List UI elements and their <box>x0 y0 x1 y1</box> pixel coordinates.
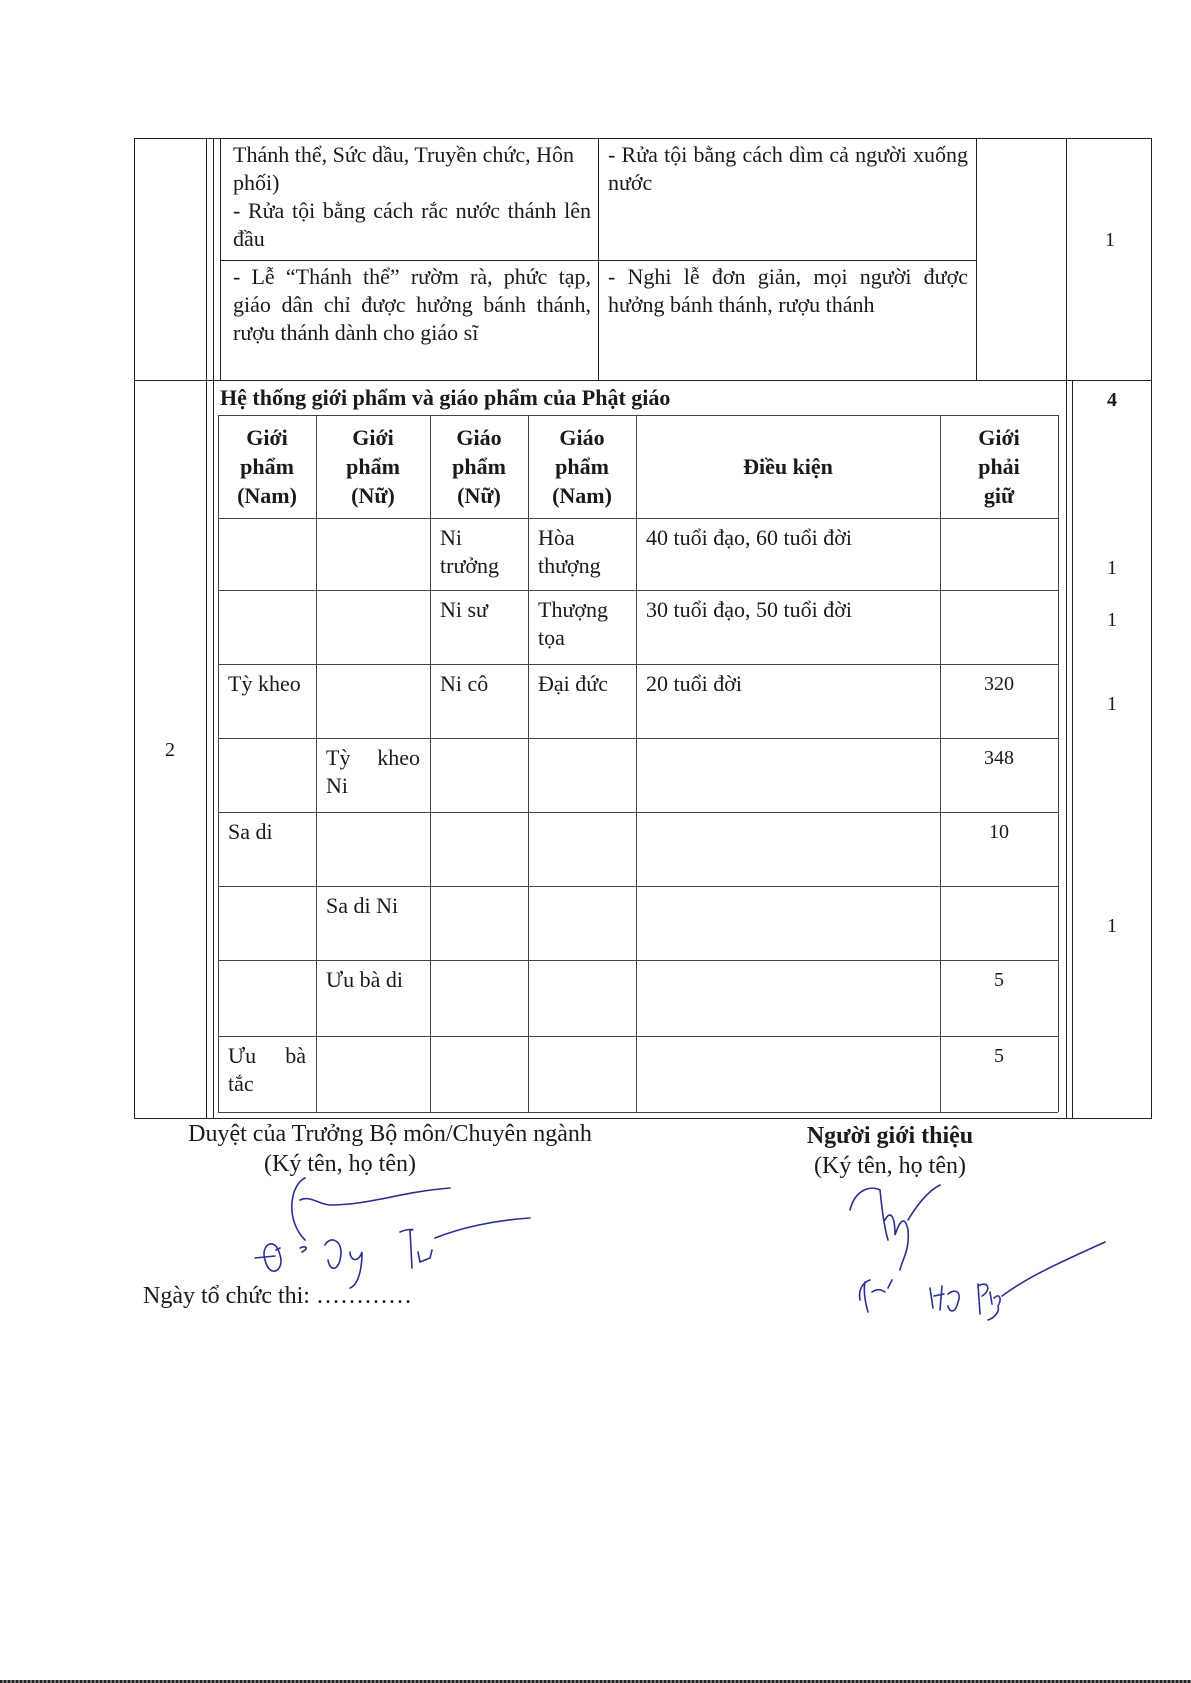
introducer-signature <box>830 1180 1130 1330</box>
introducer-subtitle: (Ký tên, họ tên) <box>760 1152 1020 1180</box>
cell-gioi-pham-nu: Ưu bà di <box>326 966 420 994</box>
catholic-sacraments-text: Thánh thể, Sức dầu, Truyền chức, Hôn phố… <box>233 141 591 197</box>
column-divider <box>316 415 317 1112</box>
column-divider <box>528 415 529 1112</box>
cell-giao-pham-nu: Ni trưởng <box>440 524 518 580</box>
header-gioi-pham-nu: Giớiphẩm(Nữ) <box>316 423 430 510</box>
approval-title: Duyệt của Trưởng Bộ môn/Chuyên ngành <box>140 1120 640 1148</box>
protestant-baptism-text: - Rửa tội bằng cách dìm cả người xuống n… <box>608 141 968 197</box>
cell-gioi-pham-nam: Ưu bà tắc <box>228 1042 306 1098</box>
column-divider <box>218 415 219 1112</box>
row-divider <box>218 664 1058 665</box>
outer-table-left-border <box>134 138 135 1118</box>
catholic-eucharist-text: - Lễ “Thánh thể” rườm rà, phức tạp, giáo… <box>233 263 591 347</box>
cell-dieu-kien: 20 tuổi đời <box>646 670 930 698</box>
comparison-row-divider <box>220 260 976 261</box>
row1-score: 1 <box>1070 228 1150 252</box>
cell-gioi-pham-nu: Tỳ kheo Ni <box>326 744 420 800</box>
column-divider <box>430 415 431 1112</box>
cell-giao-pham-nam: Hòa thượng <box>538 524 626 580</box>
header-dieu-kien: Điều kiện <box>636 452 940 481</box>
row2-title: Hệ thống giới phẩm và giáo phẩm của Phật… <box>220 384 980 412</box>
row2-score-4: 1 <box>1072 914 1152 938</box>
comparison-right-border <box>976 138 977 380</box>
cell-gioi-pham-nam: Tỳ kheo <box>228 670 306 698</box>
exam-date-label: Ngày tổ chức thi: ………… <box>143 1282 543 1310</box>
cell-giao-pham-nu: Ni cô <box>440 670 518 698</box>
row2-number: 2 <box>134 736 206 764</box>
row-divider <box>218 1036 1058 1037</box>
row2-title-score: 4 <box>1072 388 1152 412</box>
comparison-left-border <box>220 138 221 380</box>
row2-score-2: 1 <box>1072 608 1152 632</box>
header-gioi-pham-nam: Giớiphẩm(Nam) <box>218 423 316 510</box>
cell-dieu-kien: 30 tuổi đạo, 50 tuổi đời <box>646 596 930 624</box>
cell-gioi-phai-giu: 320 <box>950 670 1048 698</box>
header-bottom-border <box>218 518 1058 519</box>
outer-row-divider <box>134 380 1152 381</box>
row-divider <box>218 960 1058 961</box>
cell-dieu-kien: 40 tuổi đạo, 60 tuổi đời <box>646 524 930 552</box>
cell-gioi-pham-nu: Sa di Ni <box>326 892 420 920</box>
header-giao-pham-nu: Giáophẩm(Nữ) <box>430 423 528 510</box>
stt-column-divider-2 <box>213 138 214 1118</box>
cell-giao-pham-nu: Ni sư <box>440 596 518 624</box>
cell-gioi-phai-giu: 5 <box>950 966 1048 994</box>
cell-gioi-phai-giu: 5 <box>950 1042 1048 1070</box>
row2-score-3: 1 <box>1072 692 1152 716</box>
outer-table-bottom-border <box>134 1118 1152 1119</box>
table-top-border <box>218 415 1058 416</box>
row-divider <box>218 812 1058 813</box>
protestant-eucharist-text: - Nghi lễ đơn giản, mọi người được hưởng… <box>608 263 968 319</box>
score-column-divider-1 <box>1066 138 1067 1118</box>
column-divider <box>636 415 637 1112</box>
header-gioi-phai-giu: Giớiphảigiữ <box>940 423 1058 510</box>
score-column-divider-2 <box>1072 380 1073 1118</box>
cell-giao-pham-nam: Đại đức <box>538 670 626 698</box>
cell-gioi-pham-nam: Sa di <box>228 818 306 846</box>
cell-giao-pham-nam: Thượng tọa <box>538 596 626 652</box>
cell-gioi-phai-giu: 10 <box>950 818 1048 846</box>
row-divider <box>218 590 1058 591</box>
column-divider <box>1058 415 1059 1112</box>
header-giao-pham-nam: Giáophẩm(Nam) <box>528 423 636 510</box>
row2-score-1: 1 <box>1072 556 1152 580</box>
document-page: Thánh thể, Sức dầu, Truyền chức, Hôn phố… <box>0 0 1191 1683</box>
row-divider <box>218 1112 1058 1113</box>
column-divider <box>940 415 941 1112</box>
outer-table-top-border <box>134 138 1152 139</box>
stt-column-divider-1 <box>206 138 207 1118</box>
cell-gioi-phai-giu: 348 <box>950 744 1048 772</box>
comparison-middle-divider <box>598 138 599 380</box>
row-divider <box>218 738 1058 739</box>
introducer-title: Người giới thiệu <box>760 1122 1020 1150</box>
row-divider <box>218 886 1058 887</box>
catholic-baptism-text: - Rửa tội bằng cách rắc nước thánh lên đ… <box>233 197 591 253</box>
